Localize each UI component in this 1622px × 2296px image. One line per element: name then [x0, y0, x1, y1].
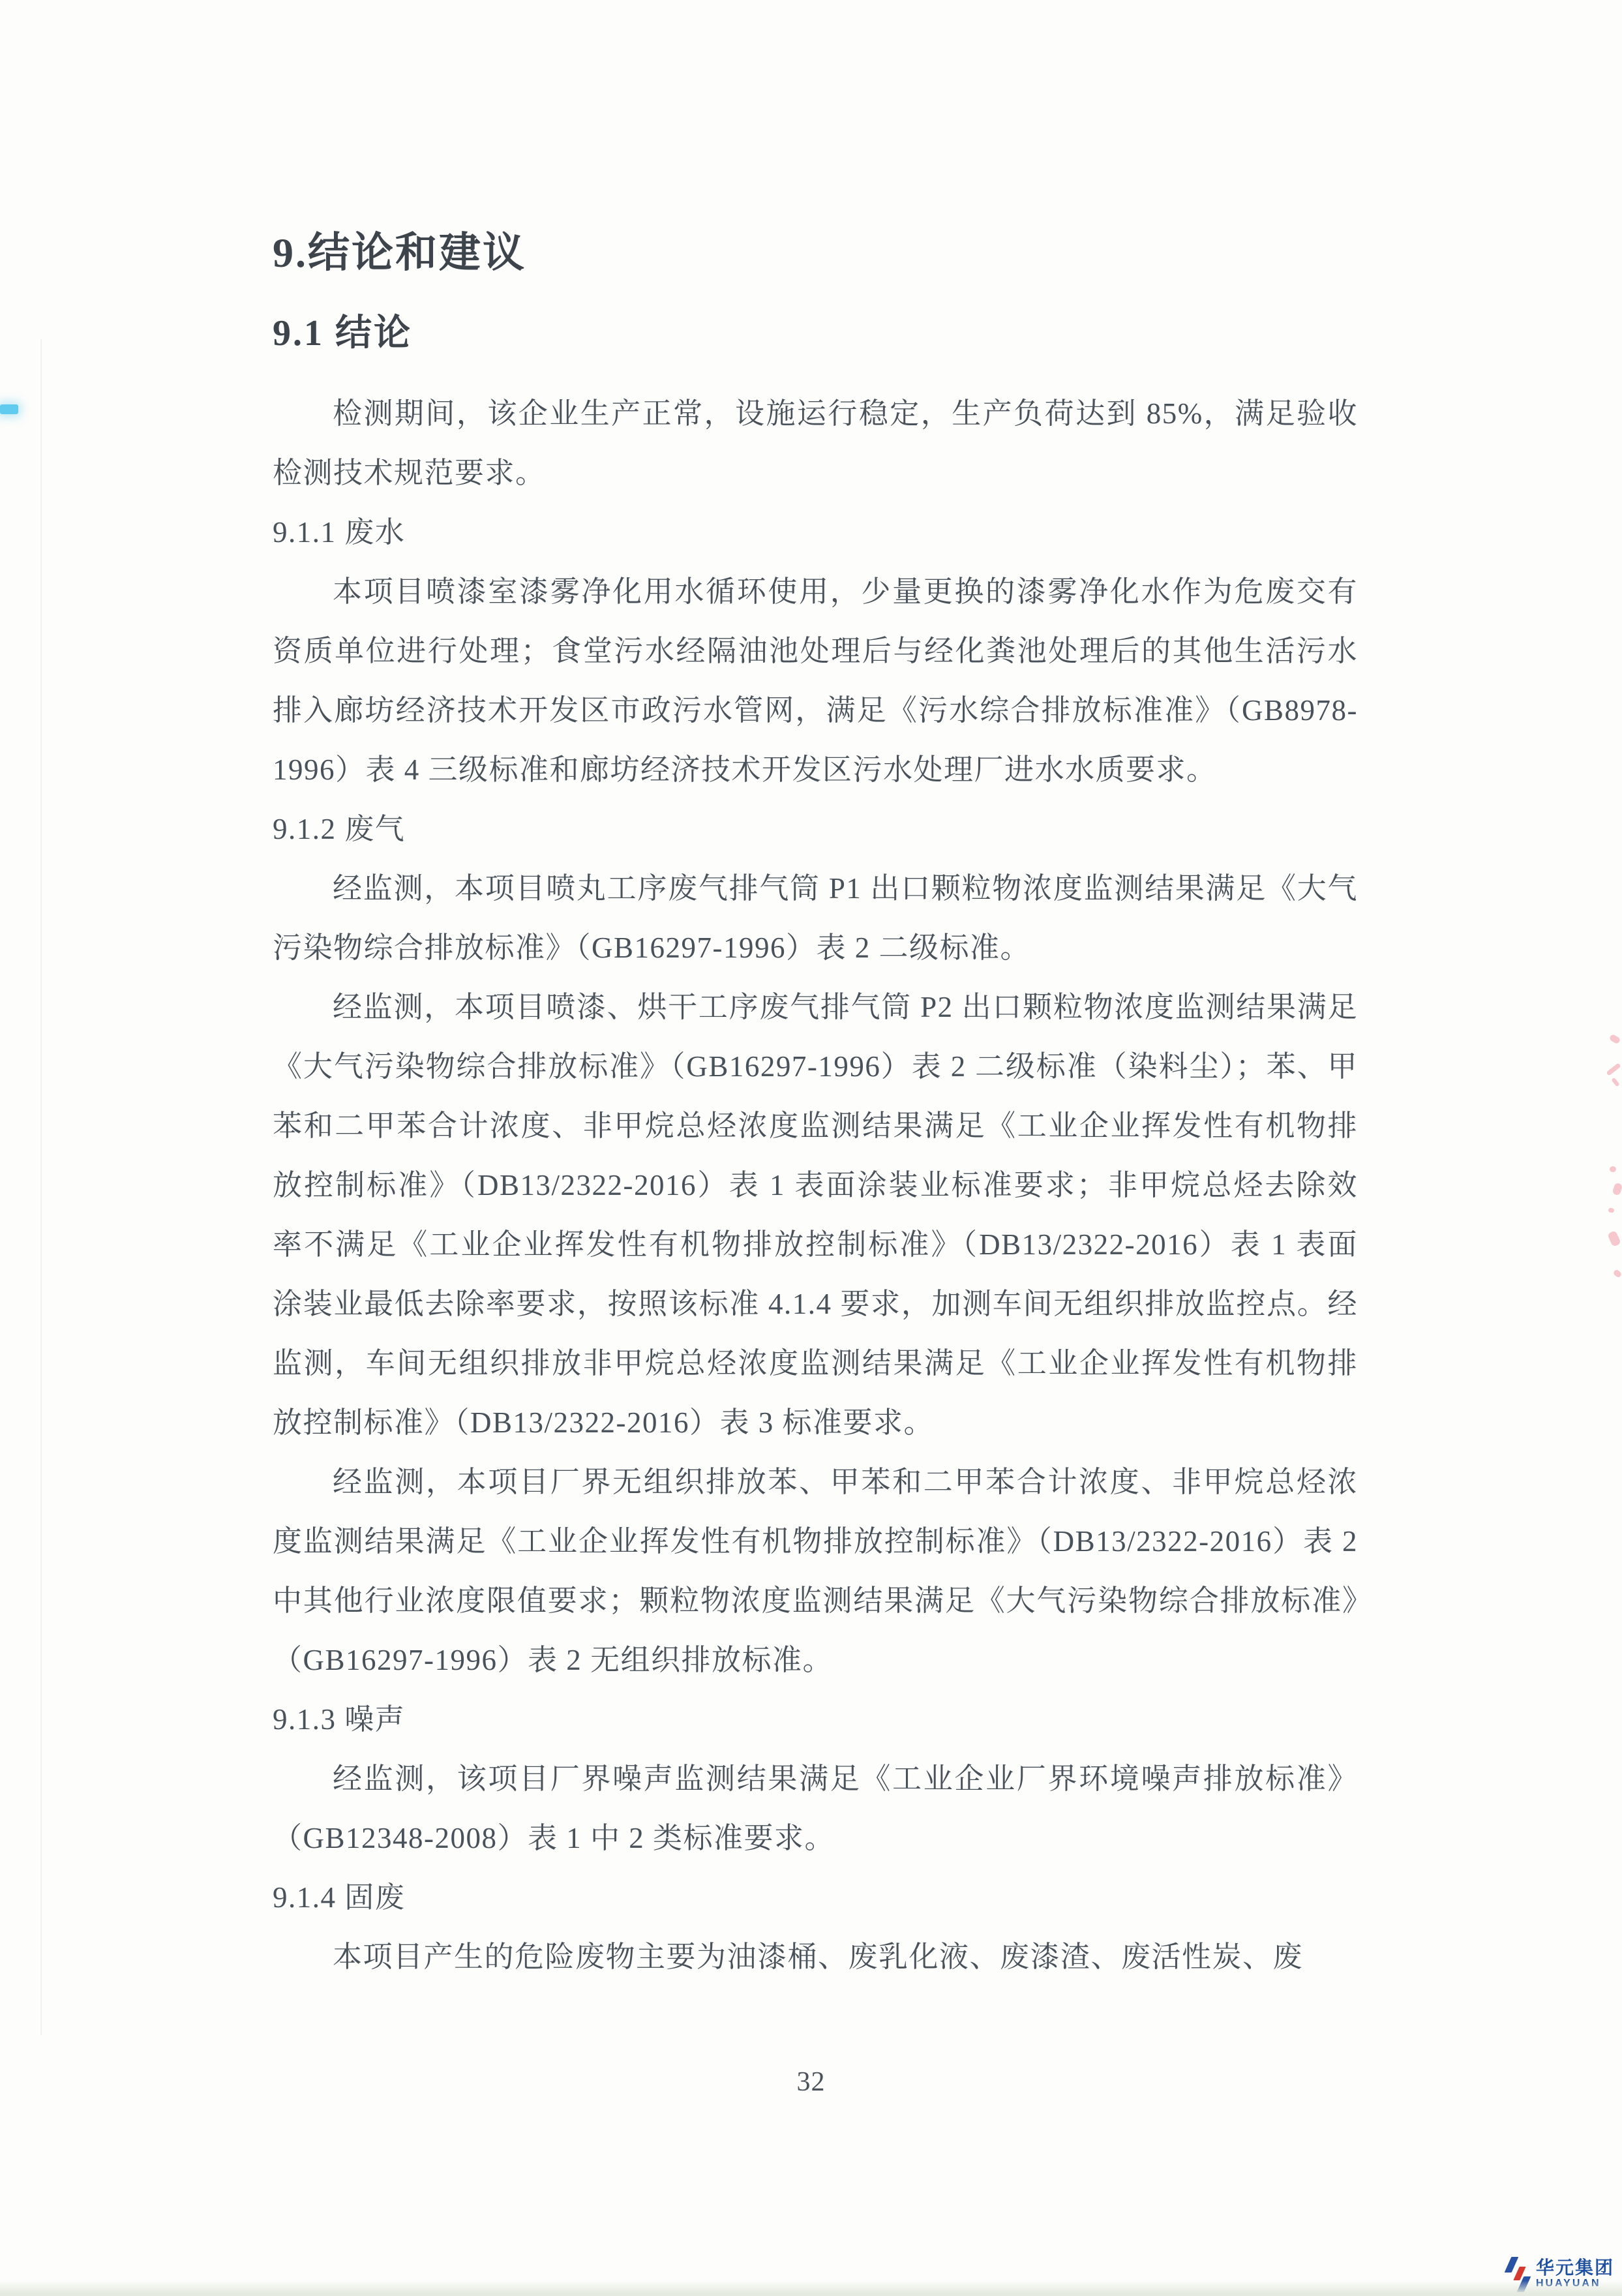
scanner-cyan-mark — [0, 404, 18, 414]
paragraph-noise: 经监测，该项目厂界噪声监测结果满足《工业企业厂界环境噪声排放标准》（GB1234… — [273, 1749, 1358, 1868]
paragraph-production-status: 检测期间，该企业生产正常，设施运行稳定，生产负荷达到 85%，满足验收检测技术规… — [273, 384, 1358, 503]
pen-mark — [1611, 1078, 1619, 1087]
subsection-heading-noise: 9.1.3 噪声 — [273, 1690, 1358, 1749]
pen-mark — [1607, 1230, 1621, 1247]
scan-bottom-edge — [0, 2280, 1622, 2296]
pen-mark — [1610, 1166, 1616, 1172]
huayuan-logo: 华元集团 HUAYUAN — [1506, 2256, 1614, 2292]
huayuan-logo-text: 华元集团 HUAYUAN — [1536, 2258, 1614, 2289]
paragraph-exhaust-p2: 经监测，本项目喷漆、烘干工序废气排气筒 P2 出口颗粒物浓度监测结果满足《大气污… — [273, 978, 1358, 1453]
huayuan-lightning-icon — [1506, 2256, 1531, 2292]
subsection-heading-solid-waste: 9.1.4 固废 — [273, 1868, 1358, 1927]
paragraph-solid-waste: 本项目产生的危险废物主要为油漆桶、废乳化液、废漆渣、废活性炭、废 — [273, 1927, 1358, 1987]
pen-mark — [1608, 1207, 1614, 1213]
pen-mark — [1609, 1034, 1621, 1045]
pen-mark — [1606, 1063, 1621, 1076]
page-number: 32 — [0, 2066, 1622, 2098]
section-title-conclusion: 9.1 结论 — [273, 309, 1358, 358]
document-body: 9.结论和建议 9.1 结论 检测期间，该企业生产正常，设施运行稳定，生产负荷达… — [273, 225, 1358, 1987]
subsection-heading-exhaust-gas: 9.1.2 废气 — [273, 800, 1358, 859]
logo-chinese-name: 华元集团 — [1536, 2258, 1614, 2277]
paragraph-boundary-voc: 经监测，本项目厂界无组织排放苯、甲苯和二甲苯合计浓度、非甲烷总烃浓度监测结果满足… — [273, 1453, 1358, 1690]
document-page: 9.结论和建议 9.1 结论 检测期间，该企业生产正常，设施运行稳定，生产负荷达… — [0, 0, 1622, 2296]
chapter-title: 9.结论和建议 — [273, 225, 1358, 281]
pen-mark — [1613, 1269, 1622, 1278]
scan-fold-line — [40, 339, 42, 2035]
subsection-heading-wastewater: 9.1.1 废水 — [273, 503, 1358, 562]
logo-english-name: HUAYUAN — [1536, 2278, 1614, 2289]
pen-mark — [1612, 1183, 1622, 1196]
paragraph-wastewater: 本项目喷漆室漆雾净化用水循环使用，少量更换的漆雾净化水作为危废交有资质单位进行处… — [273, 562, 1358, 800]
paragraph-exhaust-p1: 经监测，本项目喷丸工序废气排气筒 P1 出口颗粒物浓度监测结果满足《大气污染物综… — [273, 859, 1358, 978]
